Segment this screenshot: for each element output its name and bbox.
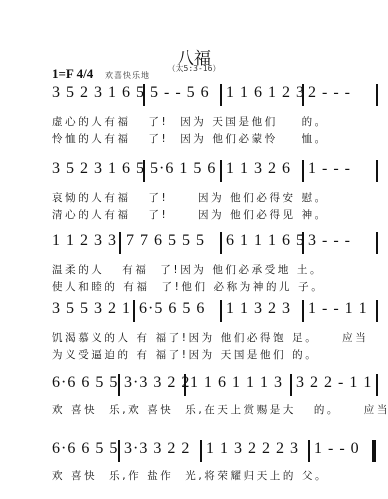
barline <box>376 160 378 182</box>
measure: 1 - - 1 1 <box>308 300 368 318</box>
measure: 1 1 3 2 6 <box>226 160 291 178</box>
lyric-line-1: 欢 喜快 乐,作 盐作 光,将荣耀归天上的 父。 <box>52 468 352 485</box>
notation-line: 1 1 2 3 3 7 7 6 5 5 5 6 1 1 1 6 5 3 - - … <box>52 232 352 254</box>
barline <box>290 374 292 396</box>
notation-line: 3 5 2 3 1 6 5 5·6 1 5 6 1 1 3 2 6 1 - - … <box>52 160 352 182</box>
lyric-line-2: 为义受逼迫的 有 福了!因为 天国是他们 的。 <box>52 347 352 364</box>
barline <box>302 232 304 254</box>
measure: 3 2 2 - 1 1 <box>296 374 372 392</box>
lyric-line-2: 使人和睦的 有福 了!他们 必称为神的儿 子。 <box>52 279 352 296</box>
staff-system-2: 3 5 2 3 1 6 5 5·6 1 5 6 1 1 3 2 6 1 - - … <box>52 160 352 224</box>
measure: 1 1 3 2 3 <box>226 300 291 318</box>
key-signature: 1=F 4/4 <box>52 66 93 82</box>
barline <box>220 160 222 182</box>
barline <box>376 300 378 322</box>
measure: 1 1 6 1 1 1 3 <box>190 374 283 392</box>
lyric-line-1: 饥渴慕义的人 有 福了!因为 他们必得饱 足。 应当 <box>52 330 352 347</box>
measure: 1 1 3 2 2 2 3 <box>206 440 299 458</box>
barline <box>308 440 310 462</box>
measure: 7 7 6 5 5 5 <box>126 232 205 250</box>
barline <box>302 300 304 322</box>
lyric-line-2: 怜恤的人有福 了! 因为 他们必蒙怜 恤。 <box>52 131 352 148</box>
barline <box>220 300 222 322</box>
measure: 2 - - - <box>308 84 351 102</box>
measure: 6·6 6 5 5 <box>52 440 118 458</box>
barline <box>143 160 145 182</box>
measure: 1 - - 0 <box>314 440 360 458</box>
barline <box>376 84 378 106</box>
lyric-line-1: 虚心的人有福 了! 因为 天国是他们 的。 <box>52 114 352 131</box>
notation-line: 6·6 6 5 5 3·3 3 2 2 1 1 3 2 2 2 3 1 - - … <box>52 440 352 462</box>
barline <box>220 84 222 106</box>
barline <box>376 232 378 254</box>
measure: 6·6 6 5 5 <box>52 374 118 392</box>
notation-line: 3 5 2 3 1 6 5 5 - - 5 6 1 1 6 1 2 3 2 - … <box>52 84 352 106</box>
barline <box>143 84 145 106</box>
barline <box>220 232 222 254</box>
lyric-line-1: 哀恸的人有福 了! 因为 他们必得安 慰。 <box>52 190 352 207</box>
measure: 1 - - - <box>308 160 351 178</box>
measure: 3 5 2 3 1 6 5 <box>52 160 145 178</box>
lyric-line-2: 清心的人有福 了! 因为 他们必得见 神。 <box>52 207 352 224</box>
notation-line: 6·6 6 5 5 3·3 3 2 2 1 1 6 1 1 1 3 3 2 2 … <box>52 374 352 396</box>
barline <box>376 374 378 396</box>
measure: 5·6 1 5 6 <box>150 160 216 178</box>
final-barline <box>372 440 376 462</box>
lyric-line-1: 欢 喜快 乐,欢 喜快 乐,在天上赏赐是大 的。 应当 <box>52 402 352 419</box>
barline <box>184 374 186 396</box>
measure: 6·5 6 5 6 <box>139 300 205 318</box>
barline <box>133 300 135 322</box>
barline <box>118 440 120 462</box>
measure: 3·3 3 2 2 <box>124 440 190 458</box>
measure: 6 1 1 1 6 5 <box>226 232 305 250</box>
tempo-marking: 欢喜快乐地 <box>105 70 150 81</box>
barline <box>200 440 202 462</box>
barline <box>119 232 121 254</box>
barline <box>118 374 120 396</box>
measure: 1 1 6 1 2 3 <box>226 84 305 102</box>
staff-system-4: 3 5 5 3 2 1 6·5 6 5 6 1 1 3 2 3 1 - - 1 … <box>52 300 352 364</box>
measure: 3 5 2 3 1 6 5 <box>52 84 145 102</box>
barline <box>302 160 304 182</box>
measure: 5 - - 5 6 <box>150 84 210 102</box>
staff-system-3: 1 1 2 3 3 7 7 6 5 5 5 6 1 1 1 6 5 3 - - … <box>52 232 352 296</box>
notation-line: 3 5 5 3 2 1 6·5 6 5 6 1 1 3 2 3 1 - - 1 … <box>52 300 352 322</box>
measure: 1 1 2 3 3 <box>52 232 117 250</box>
staff-system-1: 3 5 2 3 1 6 5 5 - - 5 6 1 1 6 1 2 3 2 - … <box>52 84 352 148</box>
measure: 3 - - - <box>308 232 351 250</box>
measure: 3 5 5 3 2 1 <box>52 300 131 318</box>
barline <box>302 84 304 106</box>
measure: 3·3 3 2 2 <box>124 374 190 392</box>
staff-system-6: 6·6 6 5 5 3·3 3 2 2 1 1 3 2 2 2 3 1 - - … <box>52 440 352 485</box>
lyric-line-1: 温柔的人 有福 了!因为 他们必承受地 土。 <box>52 262 352 279</box>
staff-system-5: 6·6 6 5 5 3·3 3 2 2 1 1 6 1 1 1 3 3 2 2 … <box>52 374 352 419</box>
